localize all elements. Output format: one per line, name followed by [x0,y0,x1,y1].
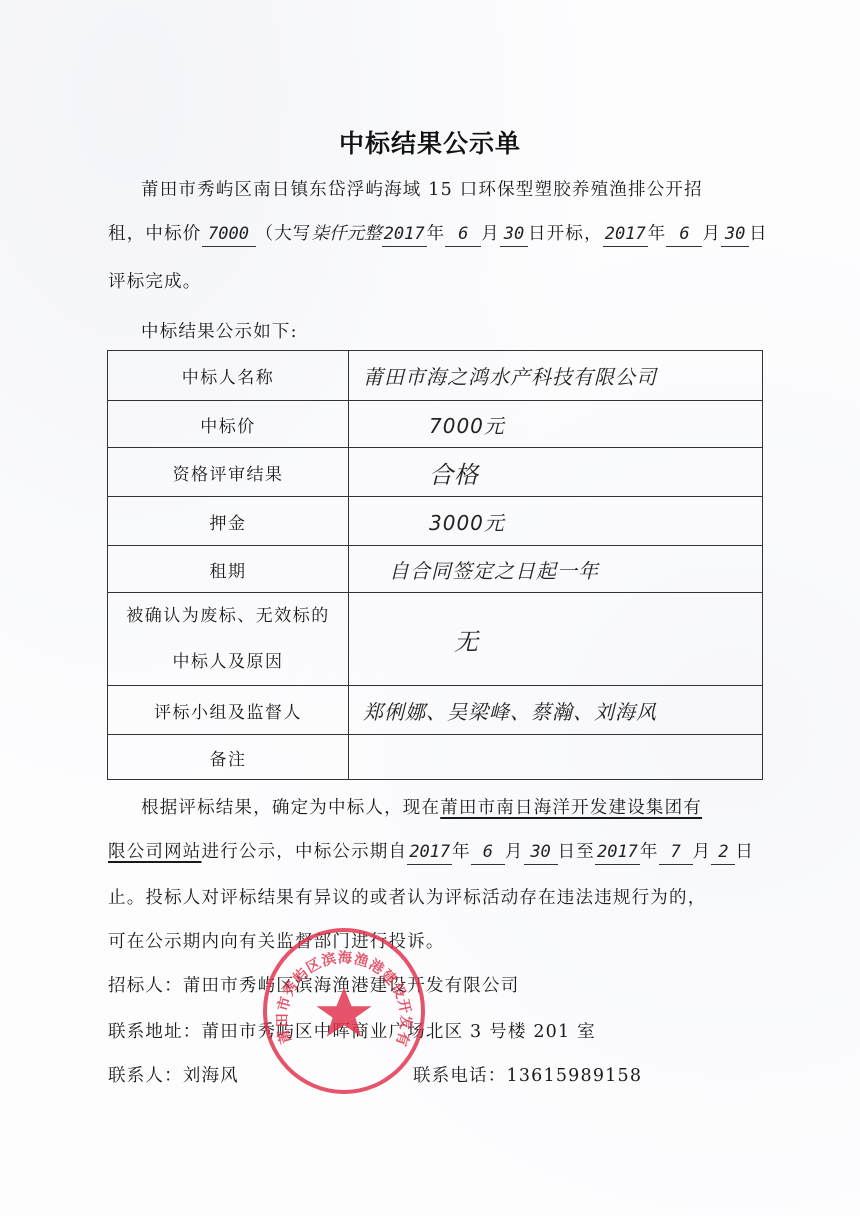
conclusion-line-2: 限公司网站进行公示，中标公示期自2017年6月30日至2017年7月2日 [108,840,754,865]
address-line: 联系地址：莆田市秀屿区中晖商业广场北区 3 号楼 201 室 [108,1020,596,1044]
table-row: 资格评审结果 合格 [108,448,763,497]
table-row: 中标人名称 莆田市海之鸿水产科技有限公司 [108,351,763,401]
conclusion-line-4: 可在公示期内向有关监督部门进行投诉。 [108,930,445,954]
tenderer-value: 莆田市秀屿区滨海渔港建设开发有限公司 [183,976,520,996]
to-label: 至 [576,842,595,862]
month-label: 月 [505,842,524,862]
address-value: 莆田市秀屿区中晖商业广场北区 3 号楼 201 室 [202,1022,596,1042]
intro-prefix: 租，中标价 [108,224,202,244]
document-title: 中标结果公示单 [0,124,860,160]
intro-line-2: 租，中标价7000（大写柒仟元整2017年6月30日开标，2017年6月30日 [108,222,768,247]
winning-price-field: 7000 [202,222,256,247]
year-label: 年 [648,224,667,244]
from-month-field: 6 [471,840,505,865]
day-label: 日 [735,842,754,862]
table-row: 押金 3000元 [108,497,763,546]
table-row: 中标价 7000元 [108,401,763,448]
year-label: 年 [640,842,659,862]
seal-star-icon: 莆田市秀屿区滨海渔港建设开发有限公司 [267,932,421,1090]
tenderer-line: 招标人：莆田市秀屿区滨海渔港建设开发有限公司 [108,974,519,998]
phone-line: 联系电话：13615989158 [413,1064,642,1088]
conclusion-text-3: 止。投标人对评标结果有异议的或者认为评标活动存在违法违规行为的， [108,888,706,908]
remarks-value [349,735,763,780]
contact-value: 刘海风 [183,1066,239,1086]
row-label: 租期 [108,546,349,593]
open-year-field: 2017 [382,222,427,247]
row-label: 备注 [108,735,349,780]
day-label: 日 [749,224,768,244]
year-label: 年 [452,842,471,862]
contact-line: 联系人：刘海风 [108,1064,239,1088]
row-label: 中标价 [108,401,349,448]
intro-line-1: 莆田市秀屿区南日镇东岱浮屿海域 15 口环保型塑胶养殖渔排公开招 [141,178,703,202]
table-row: 被确认为废标、无效标的 中标人及原因 无 [108,593,763,686]
winning-price-value: 7000元 [349,401,763,448]
open-suffix: 日开标， [528,224,603,244]
row-label-line-1: 被确认为废标、无效标的 [108,593,348,639]
conclusion-text-4: 可在公示期内向有关监督部门进行投诉。 [108,932,445,952]
month-label: 月 [702,224,721,244]
tenderer-label: 招标人： [108,976,183,996]
address-label: 联系地址： [108,1022,202,1042]
table-heading: 中标结果公示如下: [141,320,298,344]
upper-label: （大写 [256,224,312,244]
intro-text-1: 莆田市秀屿区南日镇东岱浮屿海域 15 口环保型塑胶养殖渔排公开招 [141,180,703,200]
month-label: 月 [481,224,500,244]
phone-value: 13615989158 [507,1066,643,1086]
open-month-field: 6 [445,222,481,247]
from-day-field: 30 [524,840,558,865]
intro-text-3: 评标完成。 [108,272,202,292]
eval-month-field: 6 [666,222,702,247]
row-label: 被确认为废标、无效标的 中标人及原因 [108,593,349,686]
invalid-bid-value: 无 [349,593,763,686]
publish-site-link-cont[interactable]: 限公司网站 [108,842,202,862]
contact-label: 联系人： [108,1066,183,1086]
deposit-value: 3000元 [349,497,763,546]
open-day-field: 30 [500,222,528,247]
to-day-field: 2 [711,840,735,865]
row-label-line-2: 中标人及原因 [108,639,348,685]
month-label: 月 [693,842,712,862]
winner-name-value: 莆田市海之鸿水产科技有限公司 [349,351,763,401]
row-label: 押金 [108,497,349,546]
day-label: 日 [558,842,577,862]
to-year-field: 2017 [595,840,640,865]
publish-site-link[interactable]: 莆田市南日海洋开发建设集团有 [440,798,702,818]
result-table: 中标人名称 莆田市海之鸿水产科技有限公司 中标价 7000元 资格评审结果 合格… [107,350,763,780]
row-label: 资格评审结果 [108,448,349,497]
eval-day-field: 30 [721,222,749,247]
phone-label: 联系电话： [413,1066,507,1086]
table-row: 评标小组及监督人 郑俐娜、吴梁峰、蔡瀚、刘海风 [108,686,763,735]
committee-value: 郑俐娜、吴梁峰、蔡瀚、刘海风 [349,686,763,735]
from-year-field: 2017 [407,840,452,865]
eval-year-field: 2017 [603,222,648,247]
year-label: 年 [427,224,446,244]
table-row: 租期 自合同签定之日起一年 [108,546,763,593]
to-month-field: 7 [659,840,693,865]
row-label: 评标小组及监督人 [108,686,349,735]
table-heading-text: 中标结果公示如下: [141,322,298,342]
intro-line-3: 评标完成。 [108,270,202,294]
conclusion-mid: 进行公示，中标公示期自 [202,842,408,862]
document-page: 中标结果公示单 莆田市秀屿区南日镇东岱浮屿海域 15 口环保型塑胶养殖渔排公开招… [0,0,860,1216]
table-row: 备注 [108,735,763,780]
conclusion-line-1: 根据评标结果，确定为中标人，现在莆田市南日海洋开发建设集团有 [141,796,702,820]
conclusion-line-3: 止。投标人对评标结果有异议的或者认为评标活动存在违法违规行为的， [108,886,706,910]
conclusion-prefix: 根据评标结果，确定为中标人，现在 [141,798,440,818]
qualification-value: 合格 [349,448,763,497]
upper-value-field: 柒仟元整 [312,224,382,244]
lease-term-value: 自合同签定之日起一年 [349,546,763,593]
row-label: 中标人名称 [108,351,349,401]
